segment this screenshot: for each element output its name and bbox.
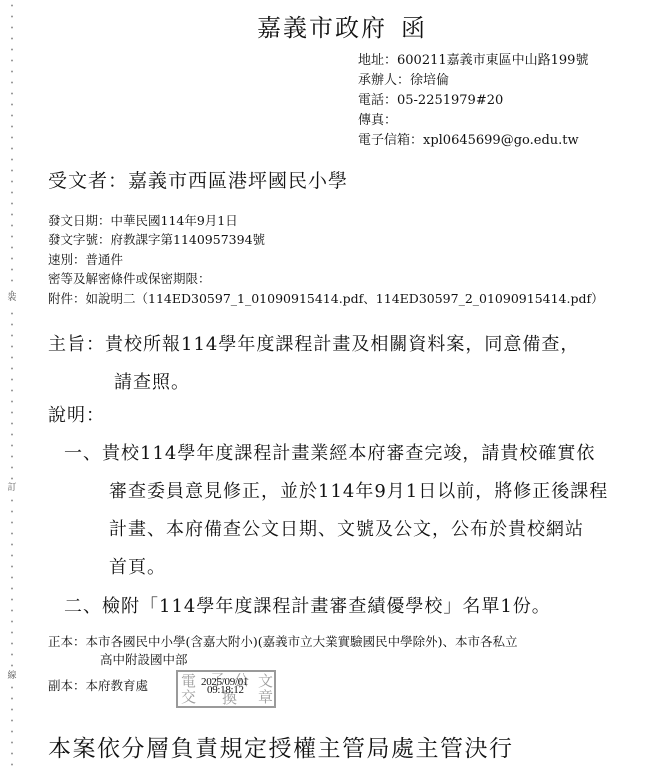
electronic-exchange-stamp: 電 子 公 文 交 換 章 2025/09/01 09:18:12	[176, 670, 276, 708]
stamp-char: 文	[258, 674, 273, 689]
explanation-item-1: 一、貴校114學年度課程計畫業經本府審查完竣，請貴校確實依 審查委員意見修正，並…	[64, 435, 608, 587]
document-number: 發文字號：府教課字第1140957394號	[48, 230, 604, 249]
delegation-footer: 本案依分層負責規定授權主管局處主管決行	[48, 730, 514, 763]
item-1-line-2: 審查委員意見修正，並於114年9月1日以前，將修正後課程	[64, 473, 608, 511]
binding-label-ding: 訂	[4, 482, 20, 494]
explanation-item-2: 二、檢附「114學年度課程計畫審查績優學校」名單1份。	[64, 588, 551, 626]
item-2-line-1: 二、檢附「114學年度課程計畫審查績優學校」名單1份。	[64, 588, 551, 626]
stamp-char: 章	[258, 690, 273, 705]
explanation-label: 說明：	[48, 401, 105, 427]
item-1-line-4: 首頁。	[64, 549, 608, 587]
document-type: 函	[401, 14, 427, 42]
original-line-2: 高中附設國中部	[48, 651, 518, 669]
stamp-char: 交	[181, 690, 196, 705]
issue-date: 發文日期：中華民國114年9月1日	[48, 211, 604, 230]
subject: 主旨：貴校所報114學年度課程計畫及相關資料案，同意備查， 請查照。	[48, 326, 648, 402]
document-title: 嘉義市政府函	[0, 8, 672, 43]
distribution-copy: 副本：本府教育處	[48, 677, 148, 695]
attachments: 附件：如說明二（114ED30597_1_01090915414.pdf、114…	[48, 289, 604, 308]
copy-line: 副本：本府教育處	[48, 677, 148, 695]
original-line-1: 正本：本市各國民中小學(含嘉大附小)(嘉義市立大業實驗國民中學除外)、本市各私立	[48, 633, 518, 651]
distribution-original: 正本：本市各國民中小學(含嘉大附小)(嘉義市立大業實驗國民中學除外)、本市各私立…	[48, 633, 518, 669]
item-1-line-1: 一、貴校114學年度課程計畫業經本府審查完竣，請貴校確實依	[64, 435, 608, 473]
subject-line-2: 請查照。	[48, 364, 648, 402]
contact-phone: 電話：05-2251979#20	[358, 91, 588, 111]
classification: 密等及解密條件或保密期限：	[48, 269, 604, 288]
binding-label-xian: 線	[4, 670, 20, 682]
contact-handler: 承辦人：徐培倫	[358, 71, 588, 91]
contact-address: 地址：600211嘉義市東區中山路199號	[358, 51, 588, 71]
urgency: 速別：普通件	[48, 250, 604, 269]
binding-dotted-line	[11, 0, 13, 771]
item-1-line-3: 計畫、本府備查公文日期、文號及公文，公布於貴校網站	[64, 511, 608, 549]
binding-label-zhuang: 裝	[4, 292, 20, 304]
agency-name: 嘉義市政府	[257, 14, 387, 42]
document-meta: 發文日期：中華民國114年9月1日 發文字號：府教課字第1140957394號 …	[48, 211, 604, 308]
recipient: 受文者：嘉義市西區港坪國民小學	[48, 166, 348, 193]
contact-block: 地址：600211嘉義市東區中山路199號 承辦人：徐培倫 電話：05-2251…	[358, 51, 588, 151]
stamp-time: 09:18:12	[207, 685, 244, 696]
contact-fax: 傳真：	[358, 111, 588, 131]
stamp-char: 電	[181, 674, 196, 689]
subject-line-1: 主旨：貴校所報114學年度課程計畫及相關資料案，同意備查，	[48, 326, 648, 364]
contact-email: 電子信箱：xpl0645699@go.edu.tw	[358, 131, 588, 151]
